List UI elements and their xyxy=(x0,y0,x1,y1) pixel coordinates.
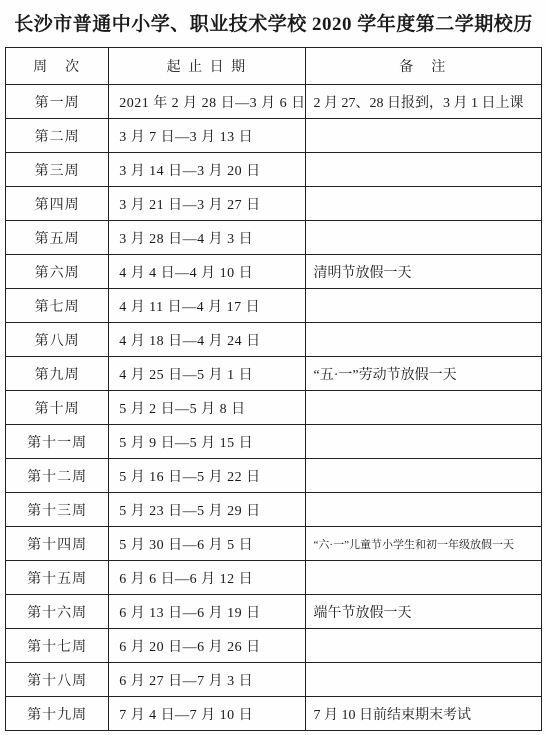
dates-cell: 5 月 23 日—5 月 29 日 xyxy=(109,493,305,527)
table-row: 第四周 3 月 21 日—3 月 27 日 xyxy=(6,187,542,221)
week-cell: 第十五周 xyxy=(6,561,109,595)
week-cell: 第十周 xyxy=(6,391,109,425)
table-row: 第十八周 6 月 27 日—7 月 3 日 xyxy=(6,663,542,697)
dates-cell: 2021 年 2 月 28 日—3 月 6 日 xyxy=(109,85,305,119)
remark-cell xyxy=(305,323,541,357)
week-cell: 第九周 xyxy=(6,357,109,391)
remark-cell: 7 月 10 日前结束期末考试 xyxy=(305,697,541,731)
week-cell: 第一周 xyxy=(6,85,109,119)
table-row: 第五周 3 月 28 日—4 月 3 日 xyxy=(6,221,542,255)
table-row: 第三周 3 月 14 日—3 月 20 日 xyxy=(6,153,542,187)
dates-cell: 3 月 7 日—3 月 13 日 xyxy=(109,119,305,153)
week-cell: 第二周 xyxy=(6,119,109,153)
table-row: 第十六周 6 月 13 日—6 月 19 日 端午节放假一天 xyxy=(6,595,542,629)
dates-cell: 4 月 4 日—4 月 10 日 xyxy=(109,255,305,289)
dates-cell: 6 月 20 日—6 月 26 日 xyxy=(109,629,305,663)
remark-cell xyxy=(305,459,541,493)
header-row: 周 次 起 止 日 期 备 注 xyxy=(6,48,542,85)
remark-cell: 2 月 27、28 日报到，3 月 1 日上课 xyxy=(305,85,541,119)
remark-cell: 端午节放假一天 xyxy=(305,595,541,629)
remark-cell xyxy=(305,629,541,663)
week-cell: 第十三周 xyxy=(6,493,109,527)
dates-cell: 4 月 18 日—4 月 24 日 xyxy=(109,323,305,357)
remark-cell xyxy=(305,119,541,153)
dates-cell: 7 月 4 日—7 月 10 日 xyxy=(109,697,305,731)
calendar-table: 周 次 起 止 日 期 备 注 第一周 2021 年 2 月 28 日—3 月 … xyxy=(5,47,542,731)
remark-cell xyxy=(305,187,541,221)
week-cell: 第三周 xyxy=(6,153,109,187)
dates-cell: 4 月 11 日—4 月 17 日 xyxy=(109,289,305,323)
table-row: 第十一周 5 月 9 日—5 月 15 日 xyxy=(6,425,542,459)
dates-cell: 6 月 27 日—7 月 3 日 xyxy=(109,663,305,697)
remark-cell: 清明节放假一天 xyxy=(305,255,541,289)
dates-cell: 5 月 2 日—5 月 8 日 xyxy=(109,391,305,425)
remark-cell xyxy=(305,153,541,187)
week-cell: 第六周 xyxy=(6,255,109,289)
table-row: 第十四周 5 月 30 日—6 月 5 日 “六·一”儿童节小学生和初一年级放假… xyxy=(6,527,542,561)
remark-cell: “六·一”儿童节小学生和初一年级放假一天 xyxy=(305,527,541,561)
remark-cell xyxy=(305,663,541,697)
remark-cell xyxy=(305,425,541,459)
dates-cell: 4 月 25 日—5 月 1 日 xyxy=(109,357,305,391)
week-cell: 第四周 xyxy=(6,187,109,221)
week-cell: 第十一周 xyxy=(6,425,109,459)
dates-cell: 3 月 21 日—3 月 27 日 xyxy=(109,187,305,221)
week-cell: 第十四周 xyxy=(6,527,109,561)
remark-cell xyxy=(305,561,541,595)
calendar-document: 长沙市普通中小学、职业技术学校 2020 学年度第二学期校历 周 次 起 止 日… xyxy=(0,0,547,735)
dates-cell: 5 月 16 日—5 月 22 日 xyxy=(109,459,305,493)
remark-cell xyxy=(305,221,541,255)
table-row: 第八周 4 月 18 日—4 月 24 日 xyxy=(6,323,542,357)
page-title: 长沙市普通中小学、职业技术学校 2020 学年度第二学期校历 xyxy=(4,9,543,36)
week-cell: 第八周 xyxy=(6,323,109,357)
table-row: 第十三周 5 月 23 日—5 月 29 日 xyxy=(6,493,542,527)
remark-cell xyxy=(305,391,541,425)
dates-cell: 6 月 6 日—6 月 12 日 xyxy=(109,561,305,595)
dates-cell: 5 月 30 日—6 月 5 日 xyxy=(109,527,305,561)
week-cell: 第十六周 xyxy=(6,595,109,629)
week-cell: 第七周 xyxy=(6,289,109,323)
week-cell: 第十九周 xyxy=(6,697,109,731)
table-row: 第二周 3 月 7 日—3 月 13 日 xyxy=(6,119,542,153)
table-row: 第七周 4 月 11 日—4 月 17 日 xyxy=(6,289,542,323)
week-cell: 第五周 xyxy=(6,221,109,255)
table-row: 第十周 5 月 2 日—5 月 8 日 xyxy=(6,391,542,425)
dates-cell: 3 月 14 日—3 月 20 日 xyxy=(109,153,305,187)
table-row: 第九周 4 月 25 日—5 月 1 日 “五·一”劳动节放假一天 xyxy=(6,357,542,391)
remark-cell xyxy=(305,289,541,323)
header-dates: 起 止 日 期 xyxy=(109,48,305,85)
week-cell: 第十七周 xyxy=(6,629,109,663)
week-cell: 第十二周 xyxy=(6,459,109,493)
table-row: 第十五周 6 月 6 日—6 月 12 日 xyxy=(6,561,542,595)
table-row: 第六周 4 月 4 日—4 月 10 日 清明节放假一天 xyxy=(6,255,542,289)
dates-cell: 5 月 9 日—5 月 15 日 xyxy=(109,425,305,459)
dates-cell: 3 月 28 日—4 月 3 日 xyxy=(109,221,305,255)
table-row: 第十九周 7 月 4 日—7 月 10 日 7 月 10 日前结束期末考试 xyxy=(6,697,542,731)
week-cell: 第十八周 xyxy=(6,663,109,697)
header-week: 周 次 xyxy=(6,48,109,85)
remark-cell xyxy=(305,493,541,527)
table-row: 第一周 2021 年 2 月 28 日—3 月 6 日 2 月 27、28 日报… xyxy=(6,85,542,119)
table-row: 第十二周 5 月 16 日—5 月 22 日 xyxy=(6,459,542,493)
header-remark: 备 注 xyxy=(305,48,541,85)
table-row: 第十七周 6 月 20 日—6 月 26 日 xyxy=(6,629,542,663)
remark-cell: “五·一”劳动节放假一天 xyxy=(305,357,541,391)
dates-cell: 6 月 13 日—6 月 19 日 xyxy=(109,595,305,629)
